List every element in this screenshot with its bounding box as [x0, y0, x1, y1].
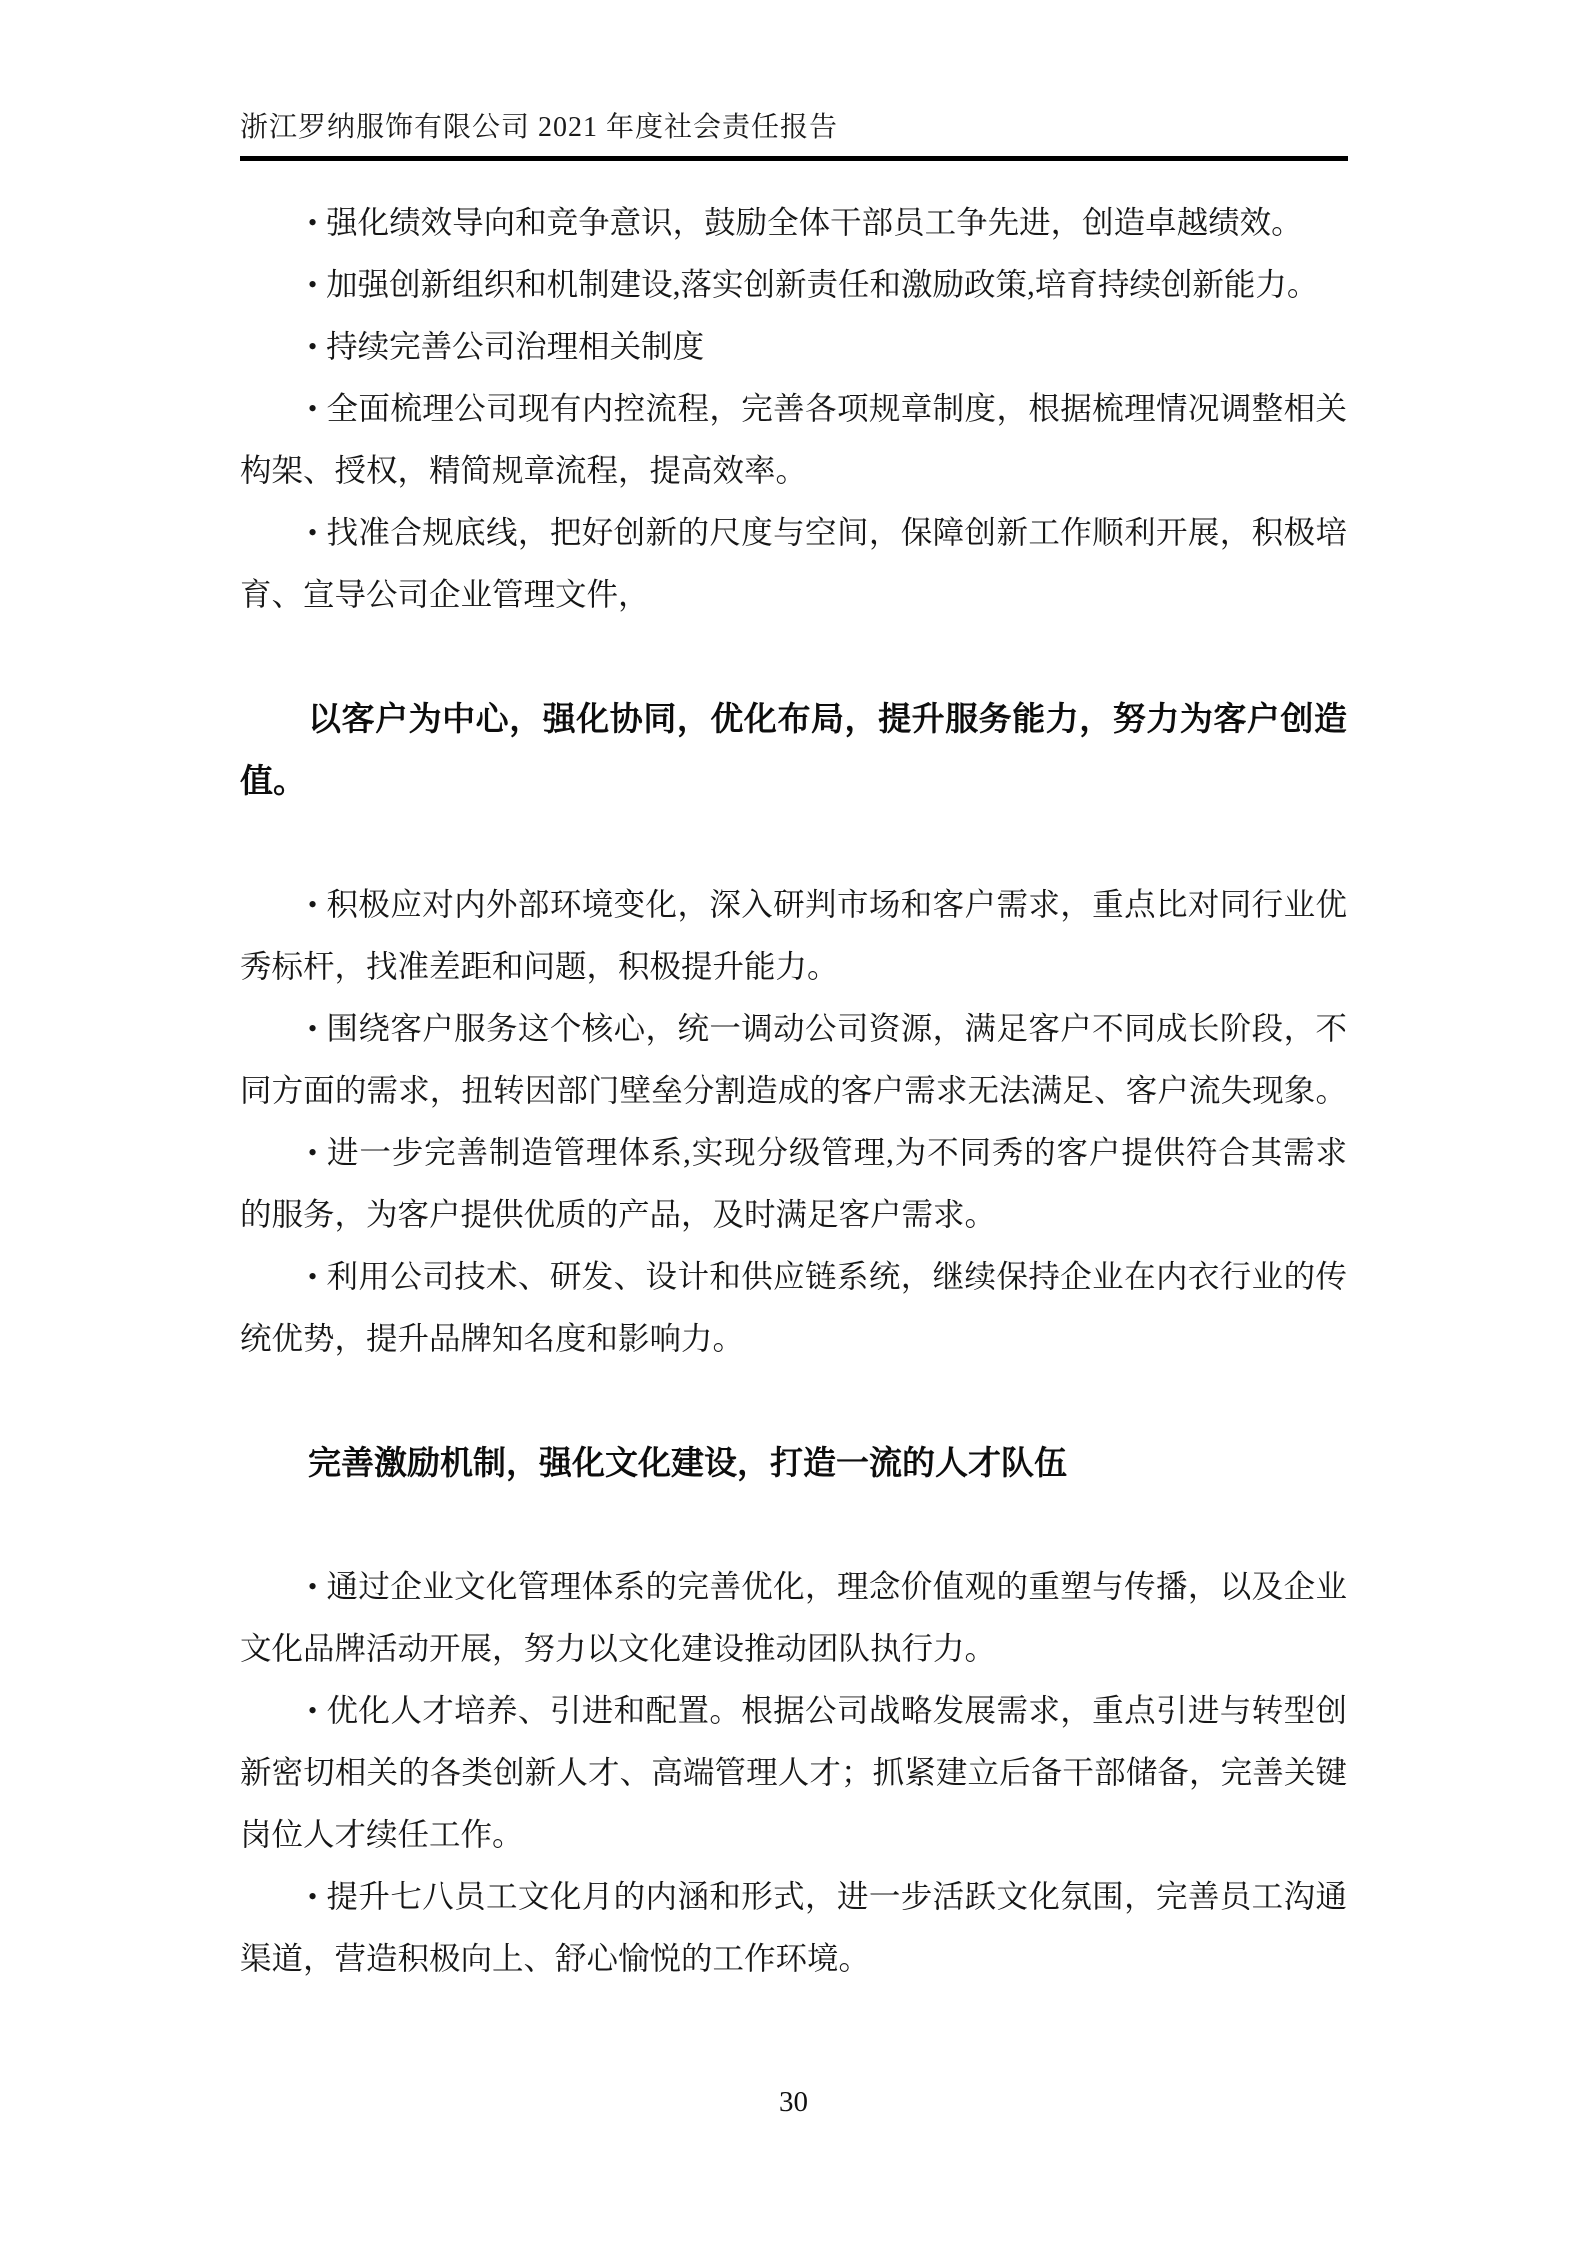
text-line: 文化品牌活动开展，努力以文化建设推动团队执行力。: [240, 1618, 1347, 1680]
blank-line: [240, 812, 1347, 874]
text-line: •优化人才培养、引进和配置。根据公司战略发展需求，重点引进与转型创: [240, 1680, 1347, 1742]
bullet-icon: •: [308, 1556, 317, 1618]
text-line: •进一步完善制造管理体系,实现分级管理,为不同秀的客户提供符合其需求: [240, 1122, 1347, 1184]
text-line: 统优势，提升品牌知名度和影响力。: [240, 1308, 1347, 1370]
text-line: •围绕客户服务这个核心，统一调动公司资源，满足客户不同成长阶段，不: [240, 998, 1347, 1060]
bullet-icon: •: [308, 254, 317, 316]
bullet-icon: •: [308, 378, 317, 440]
page-header: 浙江罗纳服饰有限公司 2021 年度社会责任报告: [240, 110, 1348, 161]
text-line: •提升七八员工文化月的内涵和形式，进一步活跃文化氛围，完善员工沟通: [240, 1866, 1347, 1928]
text-line: •找准合规底线，把好创新的尺度与空间，保障创新工作顺利开展，积极培: [240, 502, 1347, 564]
text-line: •全面梳理公司现有内控流程，完善各项规章制度，根据梳理情况调整相关: [240, 378, 1347, 440]
blank-line: [240, 626, 1347, 688]
text-line: •持续完善公司治理相关制度: [240, 316, 1347, 378]
bullet-icon: •: [308, 502, 317, 564]
header-title: 浙江罗纳服饰有限公司 2021 年度社会责任报告: [240, 112, 838, 143]
text-line: 的服务，为客户提供优质的产品，及时满足客户需求。: [240, 1184, 1347, 1246]
text-line: 新密切相关的各类创新人才、高端管理人才；抓紧建立后备干部储备，完善关键: [240, 1742, 1347, 1804]
heading-line: 值。: [240, 750, 1347, 812]
text-line: 同方面的需求，扭转因部门壁垒分割造成的客户需求无法满足、客户流失现象。: [240, 1060, 1347, 1122]
text-line: •通过企业文化管理体系的完善优化，理念价值观的重塑与传播，以及企业: [240, 1556, 1347, 1618]
document-body: •强化绩效导向和竞争意识，鼓励全体干部员工争先进，创造卓越绩效。•加强创新组织和…: [240, 192, 1347, 1990]
bullet-icon: •: [308, 192, 317, 254]
document-page: 浙江罗纳服饰有限公司 2021 年度社会责任报告 •强化绩效导向和竞争意识，鼓励…: [0, 0, 1587, 2245]
text-line: •积极应对内外部环境变化，深入研判市场和客户需求，重点比对同行业优: [240, 874, 1347, 936]
blank-line: [240, 1494, 1347, 1556]
text-line: 渠道，营造积极向上、舒心愉悦的工作环境。: [240, 1928, 1347, 1990]
blank-line: [240, 1370, 1347, 1432]
content-lines: •强化绩效导向和竞争意识，鼓励全体干部员工争先进，创造卓越绩效。•加强创新组织和…: [240, 192, 1347, 1990]
bullet-icon: •: [308, 998, 317, 1060]
bullet-icon: •: [308, 874, 317, 936]
text-line: 岗位人才续任工作。: [240, 1804, 1347, 1866]
text-line: 秀标杆，找准差距和问题，积极提升能力。: [240, 936, 1347, 998]
text-line: •加强创新组织和机制建设,落实创新责任和激励政策,培育持续创新能力。: [240, 254, 1347, 316]
bullet-icon: •: [308, 1246, 317, 1308]
text-line: •利用公司技术、研发、设计和供应链系统，继续保持企业在内衣行业的传: [240, 1246, 1347, 1308]
bullet-icon: •: [308, 1866, 317, 1928]
text-line: 构架、授权，精简规章流程，提高效率。: [240, 440, 1347, 502]
heading-line: 以客户为中心，强化协同，优化布局，提升服务能力，努力为客户创造价: [240, 688, 1347, 750]
page-number: 30: [0, 2082, 1587, 2122]
bullet-icon: •: [308, 316, 317, 378]
bullet-icon: •: [308, 1680, 317, 1742]
text-line: 育、宣导公司企业管理文件，: [240, 564, 1347, 626]
heading-line: 完善激励机制，强化文化建设，打造一流的人才队伍: [240, 1432, 1347, 1494]
bullet-icon: •: [308, 1122, 317, 1184]
text-line: •强化绩效导向和竞争意识，鼓励全体干部员工争先进，创造卓越绩效。: [240, 192, 1347, 254]
